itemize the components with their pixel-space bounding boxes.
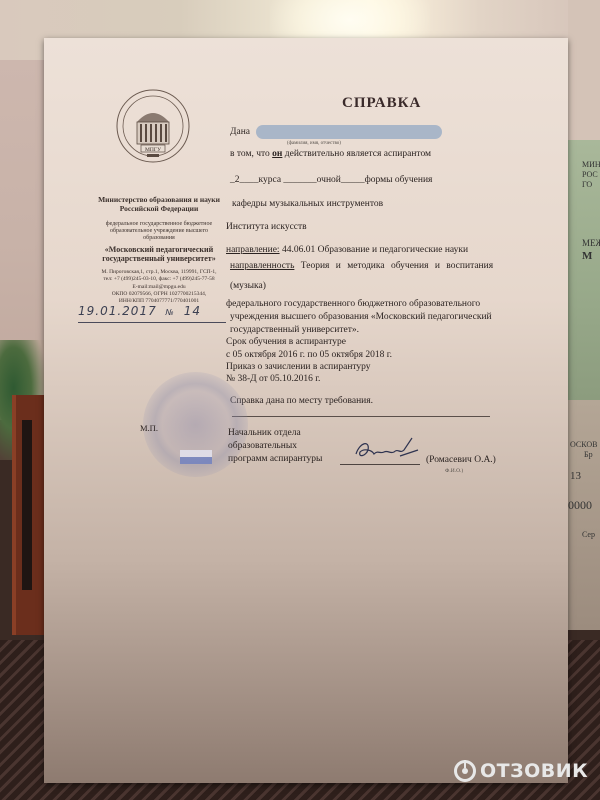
background-text: МИН	[582, 160, 600, 169]
order-value: № 38-Д от 05.10.2016 г.	[226, 374, 320, 384]
background-diploma-lower	[568, 400, 600, 630]
watermark-text: ОТЗОВИК	[480, 760, 588, 782]
university-name: государственный университет»	[82, 254, 236, 263]
okpo: ОКПО 02079566, ОГРН 1027700215344,	[82, 291, 236, 298]
background-text: М	[582, 250, 592, 262]
focus-cont: (музыка)	[230, 281, 266, 291]
issued-to-hint: (фамилия, имя, отчество)	[287, 141, 341, 146]
signer-position: Начальник отдела	[228, 428, 301, 438]
university-name: «Московский педагогический	[82, 245, 236, 254]
signer-position: образовательных	[228, 441, 297, 451]
svg-text:МПГУ: МПГУ	[145, 147, 161, 153]
signer-position: программ аспирантуры	[228, 454, 322, 464]
status-pronoun: он	[272, 149, 282, 159]
background-text: РОС	[582, 170, 598, 179]
stamp-place-label: М.П.	[140, 423, 158, 433]
issue-number: 14	[184, 304, 201, 318]
issued-to-label: Дана	[230, 127, 250, 137]
term-label: Срок обучения в аспирантуре	[226, 337, 346, 347]
stamp-flag	[180, 450, 212, 464]
status-line: в том, что он действительно является асп…	[230, 149, 431, 159]
signature-scribble	[350, 436, 420, 464]
order-label: Приказ о зачислении в аспирантуру	[226, 362, 371, 372]
issue-date: 19.01.2017	[78, 304, 157, 318]
form-value: очной	[317, 175, 341, 185]
course-form-line: _2____курса _______очной_____формы обуче…	[230, 175, 432, 185]
focus-line: направленность Теория и методика обучени…	[230, 261, 493, 271]
purpose: Справка дана по месту требования.	[230, 396, 373, 406]
signer-name: (Ромасевич О.А.)	[426, 455, 496, 465]
background-text: 13	[570, 470, 581, 482]
org-type-line: образования	[82, 235, 236, 242]
background-text: Бр	[584, 450, 593, 459]
otzovik-watermark: ОТЗОВИК	[454, 760, 588, 782]
university-line: федерального государственного бюджетного…	[226, 299, 480, 309]
separator-line	[232, 416, 490, 417]
background-frame-inner	[22, 420, 32, 590]
email: E-mail:mail@mpgu.edu	[82, 284, 236, 291]
organization-details: Министерство образования и науки Российс…	[82, 196, 236, 305]
background-text: Сер	[582, 530, 595, 539]
ministry-line: Российской Федерации	[82, 205, 236, 214]
issue-date-number: 19.01.2017 № 14	[78, 304, 226, 323]
background-text: ОСКОВ	[570, 440, 597, 449]
redacted-name	[256, 125, 442, 139]
university-line: государственный университет».	[230, 325, 359, 335]
number-sign: №	[166, 308, 175, 317]
phone: тел: +7 (499)245-03-10, факс: +7 (499)24…	[82, 276, 236, 283]
otzovik-logo-icon	[454, 760, 476, 782]
background-text: ГО	[582, 180, 592, 189]
institute: Института искусств	[226, 222, 307, 232]
signer-name-hint: Ф.И.О.)	[445, 468, 463, 474]
document-title: СПРАВКА	[342, 95, 421, 112]
direction-line: направление: 44.06.01 Образование и педа…	[226, 245, 468, 255]
signature-line	[340, 464, 420, 465]
background-text: 0000	[568, 498, 592, 513]
department: кафедры музыкальных инструментов	[232, 199, 383, 209]
background-diploma	[568, 140, 600, 400]
term-value: с 05 октября 2016 г. по 05 октября 2018 …	[226, 350, 392, 360]
background-text: МЕЖ	[582, 238, 600, 248]
university-emblem-icon: МПГУ	[115, 88, 191, 164]
background-right-paper	[568, 0, 600, 140]
university-line: учреждения высшего образования «Московск…	[230, 312, 492, 322]
org-type-line: образовательное учреждение высшего	[82, 228, 236, 235]
